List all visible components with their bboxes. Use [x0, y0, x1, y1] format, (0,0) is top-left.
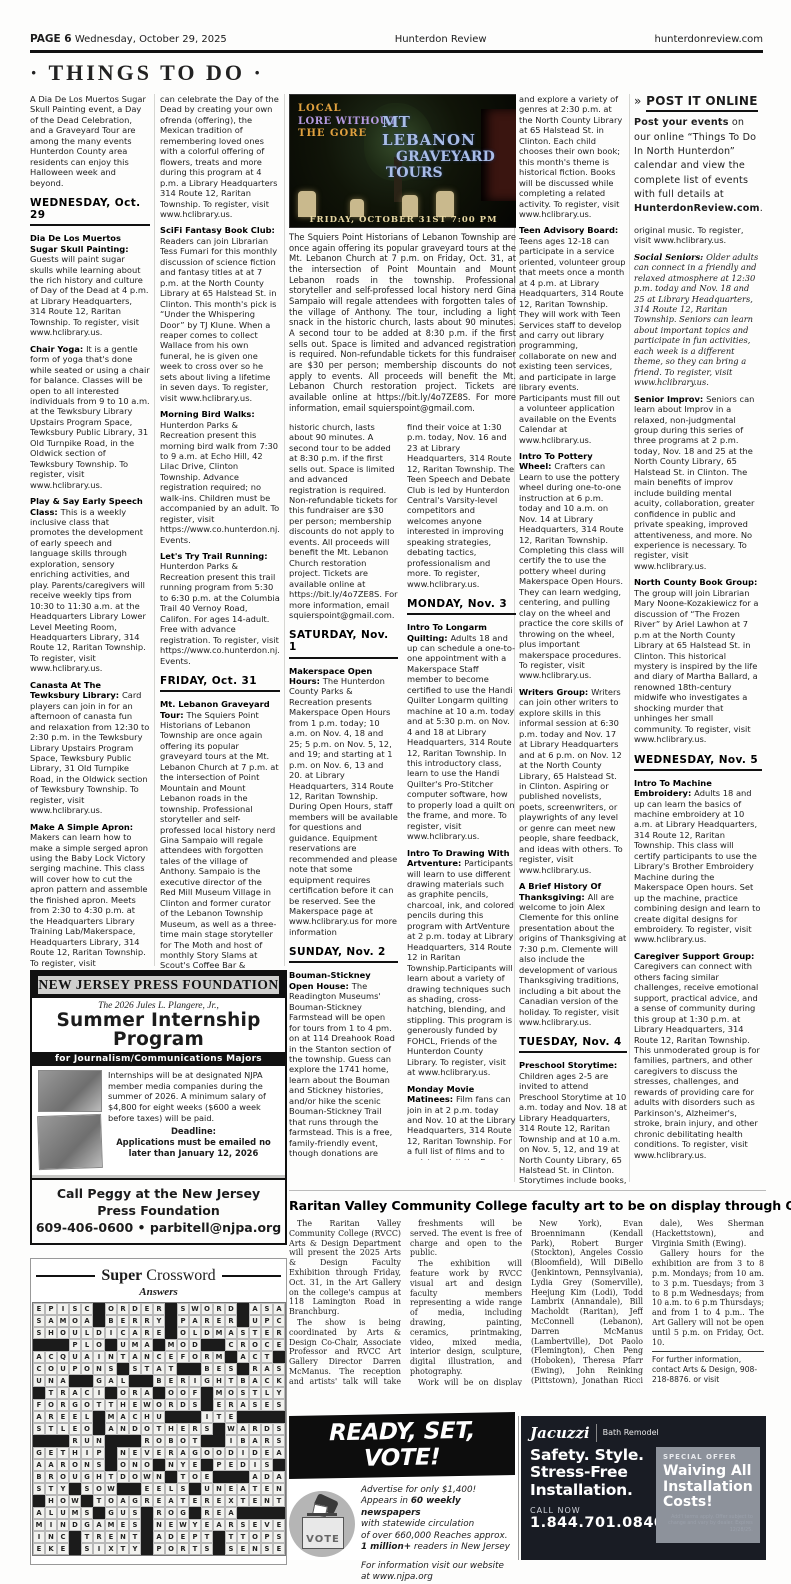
crossword-cell: M	[213, 1351, 225, 1363]
crossword-cell: V	[261, 1519, 273, 1531]
crossword-cell	[33, 1495, 45, 1507]
crossword-cell: E	[57, 1543, 69, 1555]
crossword-cell	[141, 1507, 153, 1519]
day-heading: SATURDAY, Nov. 1	[289, 629, 398, 658]
event-text: Film fans can join in at 2 p.m. today an…	[407, 1094, 516, 1160]
event-item: Intro To Longarm Quilting: Adults 18 and…	[407, 622, 516, 842]
crossword-cell: O	[81, 1399, 93, 1411]
crossword-cell: L	[117, 1375, 129, 1387]
crossword-cell: P	[93, 1447, 105, 1459]
crossword-cell: S	[225, 1543, 237, 1555]
crossword-cell: U	[117, 1507, 129, 1519]
crossword-cell	[189, 1363, 201, 1375]
crossword-cell: A	[153, 1363, 165, 1375]
crossword-cell: A	[141, 1339, 153, 1351]
crossword-cell: E	[177, 1423, 189, 1435]
article-column: freshments will be served. The event is …	[410, 1219, 522, 1386]
njpf-banner: NEW JERSEY PRESS FOUNDATION	[32, 972, 285, 998]
crossword-cell: A	[213, 1519, 225, 1531]
crossword-cell: E	[129, 1399, 141, 1411]
crossword-cell: S	[81, 1507, 93, 1519]
event-text: Hunterdon Parks & Recreation present thi…	[160, 561, 280, 665]
crossword-cell: S	[177, 1483, 189, 1495]
event-title: Dia De Los Muertos Sugar Skull Painting:	[30, 233, 129, 253]
crossword-cell: D	[225, 1303, 237, 1315]
crossword-cell	[189, 1483, 201, 1495]
njpf-photos	[38, 1070, 102, 1169]
crossword-title-bold: Super	[101, 1267, 142, 1284]
crossword-cell: U	[201, 1483, 213, 1495]
crossword-cell: R	[201, 1507, 213, 1519]
crossword-cell: I	[93, 1543, 105, 1555]
crossword-cell: O	[225, 1387, 237, 1399]
article-column: dale), Wes Sherman (Hackettstown), and V…	[652, 1219, 764, 1386]
listing-paragraph: can celebrate the Day of the Dead by cre…	[160, 94, 280, 219]
crossword-cell: P	[177, 1315, 189, 1327]
crossword-cell: R	[261, 1435, 273, 1447]
section-title: · THINGS TO DO ·	[30, 60, 264, 86]
crossword-cell: H	[213, 1375, 225, 1387]
crossword-cell: S	[189, 1399, 201, 1411]
crossword-cell: R	[225, 1519, 237, 1531]
crossword-cell: R	[57, 1387, 69, 1399]
post-it-online-title: POST IT ONLINE	[646, 94, 758, 112]
crossword-cell: S	[261, 1459, 273, 1471]
listing-column-1: A Dia De Los Muertos Sugar Skull Paintin…	[30, 94, 150, 968]
crossword-cell: R	[201, 1315, 213, 1327]
event-text: Adults 18 and up can learn the basics of…	[634, 788, 760, 944]
crossword-cell	[237, 1315, 249, 1327]
crossword-cell: A	[81, 1315, 93, 1327]
crossword-cell: M	[105, 1519, 117, 1531]
crossword-cell: T	[45, 1483, 57, 1495]
article-paragraph: The Raritan Valley Community College (RV…	[289, 1219, 401, 1317]
post-it-site: HunterdonReview.com	[634, 203, 760, 214]
crossword-cell	[69, 1375, 81, 1387]
crossword-cell: T	[129, 1531, 141, 1543]
rvcc-article: Raritan Valley Community College faculty…	[289, 1190, 766, 1386]
poster-title-line: MT	[382, 113, 495, 131]
crossword-cell	[189, 1411, 201, 1423]
crossword-cell	[105, 1435, 117, 1447]
crossword-cell: A	[273, 1447, 285, 1459]
crossword-cell	[261, 1411, 273, 1423]
crossword-cell: C	[45, 1351, 57, 1363]
event-text: The group will join Librarian Mary Noone…	[634, 588, 758, 744]
crossword-cell: E	[33, 1543, 45, 1555]
crossword-cell: S	[33, 1315, 45, 1327]
jacuzzi-offer-box: SPECIAL OFFER Waiving All Installation C…	[656, 1447, 760, 1543]
graveyard-tour-poster: LOCAL LORE WITHOUT THE GORE MT LEBANON G…	[289, 94, 516, 228]
crossword-cell: P	[45, 1303, 57, 1315]
crossword-cell: G	[177, 1507, 189, 1519]
crossword-cell: L	[81, 1339, 93, 1351]
crossword-cell: W	[225, 1423, 237, 1435]
crossword-title-rest: Crossword	[142, 1267, 215, 1284]
paper-name: Hunterdon Review	[395, 34, 487, 45]
listing-paragraph: and explore a variety of genres at 2:30 …	[519, 94, 627, 219]
crossword-cell: U	[57, 1507, 69, 1519]
crossword-cell: P	[153, 1543, 165, 1555]
crossword-cell: R	[141, 1327, 153, 1339]
crossword-cell: N	[57, 1519, 69, 1531]
crossword-cell: E	[273, 1543, 285, 1555]
crossword-grid: EPISCORDERSWORDASASAMOABERRYPARERUPCSHOU…	[32, 1302, 286, 1556]
crossword-cell: A	[69, 1387, 81, 1399]
event-text: Hunterdon Parks & Recreation present thi…	[160, 420, 280, 545]
crossword-cell	[273, 1459, 285, 1471]
tombstone	[436, 191, 454, 217]
crossword-cell	[33, 1435, 45, 1447]
crossword-cell: L	[81, 1327, 93, 1339]
crossword-cell: H	[165, 1423, 177, 1435]
event-item: A Brief History Of Thanksgiving: All are…	[519, 881, 627, 1027]
crossword-cell: O	[201, 1447, 213, 1459]
crossword-cell: D	[117, 1471, 129, 1483]
crossword-cell: M	[213, 1327, 225, 1339]
crossword-cell: A	[153, 1531, 165, 1543]
crossword-cell: C	[273, 1315, 285, 1327]
event-title: SciFi Fantasy Book Club:	[160, 225, 275, 235]
day-heading: WEDNESDAY, Oct. 29	[30, 197, 150, 226]
event-text: Seniors can learn about Improv in a rela…	[634, 394, 754, 571]
crossword-cell: D	[93, 1327, 105, 1339]
crossword-cell	[33, 1387, 45, 1399]
event-title: Caregiver Support Group:	[634, 951, 754, 961]
event-item: Monday Movie Matinees: Film fans can joi…	[407, 1084, 516, 1160]
crossword-cell: M	[33, 1519, 45, 1531]
njpf-org-name: NEW JERSEY PRESS FOUNDATION	[38, 976, 279, 994]
crossword-cell	[93, 1303, 105, 1315]
crossword-cell: S	[273, 1423, 285, 1435]
crossword-cell	[153, 1459, 165, 1471]
crossword-cell	[69, 1543, 81, 1555]
crossword-cell: N	[45, 1375, 57, 1387]
crossword-cell	[213, 1423, 225, 1435]
crossword-cell: S	[261, 1543, 273, 1555]
crossword-cell: E	[189, 1459, 201, 1471]
crossword-cell	[201, 1399, 213, 1411]
event-text: can celebrate the Day of the Dead by cre…	[160, 94, 279, 219]
crossword-cell: Y	[129, 1543, 141, 1555]
event-text: Participants will learn to use different…	[407, 858, 514, 1077]
crossword-cell: D	[249, 1447, 261, 1459]
event-text: All are welcome to join Alex Clemente fo…	[519, 892, 626, 1027]
crossword-cell: I	[81, 1447, 93, 1459]
crossword-cell	[141, 1543, 153, 1555]
event-text: Guests will paint sugar skulls while lea…	[30, 254, 149, 337]
crossword-cell: S	[261, 1303, 273, 1315]
crossword-cell: F	[33, 1399, 45, 1411]
crossword-cell: A	[33, 1507, 45, 1519]
crossword-cell	[225, 1351, 237, 1363]
crossword-cell: R	[93, 1531, 105, 1543]
crossword-cell: L	[261, 1387, 273, 1399]
photo-caption: The Squiers Point Historians of Lebanon …	[289, 232, 516, 413]
vote-ad-line-bold: 1 million+	[361, 1542, 411, 1552]
crossword-cell: A	[33, 1459, 45, 1471]
crossword-cell: G	[93, 1375, 105, 1387]
event-text: Readers can join Librarian Tess Fumari f…	[160, 236, 277, 403]
crossword-cell: N	[117, 1423, 129, 1435]
crossword-cell	[81, 1495, 93, 1507]
crossword-cell: R	[129, 1315, 141, 1327]
crossword-cell: O	[189, 1471, 201, 1483]
crossword-cell	[45, 1339, 57, 1351]
crossword-cell	[165, 1303, 177, 1315]
crossword-cell: R	[141, 1315, 153, 1327]
crossword-cell: D	[261, 1423, 273, 1435]
crossword-cell: E	[69, 1411, 81, 1423]
crossword-cell: C	[81, 1303, 93, 1315]
crossword-cell: O	[165, 1507, 177, 1519]
post-it-lead: Post your events	[634, 117, 729, 128]
crossword-cell: T	[45, 1387, 57, 1399]
crossword-cell: N	[273, 1483, 285, 1495]
crossword-cell: R	[69, 1435, 81, 1447]
jacuzzi-ad: Jacuzzi Bath Remodel Safety. Style. Stre…	[521, 1416, 766, 1560]
crossword-cell	[273, 1351, 285, 1363]
event-title: Senior Improv:	[634, 394, 706, 404]
event-text: and explore a variety of genres at 2:30 …	[519, 94, 622, 219]
crossword-cell: O	[213, 1447, 225, 1459]
left-bottom-stack: NEW JERSEY PRESS FOUNDATION The 2026 Jul…	[30, 970, 287, 1565]
crossword-cell	[213, 1339, 225, 1351]
tombstone	[298, 191, 316, 217]
crossword-cell: E	[273, 1339, 285, 1351]
crossword-cell: E	[249, 1519, 261, 1531]
crossword-cell: E	[213, 1363, 225, 1375]
crossword-cell	[201, 1435, 213, 1447]
listing-column-5: and explore a variety of genres at 2:30 …	[519, 94, 627, 1184]
crossword-cell: P	[69, 1363, 81, 1375]
crossword-cell: I	[225, 1435, 237, 1447]
crossword-cell: E	[45, 1447, 57, 1459]
poster-title-line: LEBANON	[382, 131, 495, 149]
event-title: Teen Advisory Board:	[519, 225, 618, 235]
crossword-cell: T	[249, 1327, 261, 1339]
jacuzzi-logo: Jacuzzi	[530, 1424, 590, 1442]
crossword-cell: G	[81, 1519, 93, 1531]
crossword-cell: R	[273, 1327, 285, 1339]
crossword-cell: S	[33, 1483, 45, 1495]
crossword-cell: O	[177, 1327, 189, 1339]
crossword-cell: O	[117, 1459, 129, 1471]
crossword-cell	[225, 1471, 237, 1483]
crossword-cell: S	[177, 1303, 189, 1315]
njpf-description: Internships will be at designated NJPA m…	[108, 1070, 266, 1123]
jacuzzi-offer-label: SPECIAL OFFER	[663, 1453, 753, 1461]
crossword-cell: P	[69, 1339, 81, 1351]
njpf-internship-ad: NEW JERSEY PRESS FOUNDATION The 2026 Jul…	[30, 970, 287, 1180]
crossword-cell: R	[45, 1411, 57, 1423]
crossword-cell: P	[213, 1459, 225, 1471]
crossword-cell: L	[45, 1507, 57, 1519]
crossword-cell: T	[261, 1351, 273, 1363]
crossword-cell: D	[237, 1459, 249, 1471]
crossword-cell: N	[261, 1495, 273, 1507]
crossword-cell: Y	[153, 1315, 165, 1327]
crossword-cell: O	[117, 1387, 129, 1399]
crossword-cell: C	[153, 1351, 165, 1363]
crossword-cell	[213, 1435, 225, 1447]
njpa-vote-ad: READY, SET, VOTE! VOTE Advertise for onl…	[289, 1416, 519, 1560]
crossword-cell: D	[201, 1327, 213, 1339]
page-number: PAGE 6	[30, 33, 72, 45]
event-text: original music. To register, visit www.h…	[634, 225, 743, 245]
crossword-cell	[249, 1507, 261, 1519]
crossword-cell	[117, 1363, 129, 1375]
crossword-cell	[213, 1471, 225, 1483]
crossword-cell: T	[237, 1495, 249, 1507]
crossword-cell	[237, 1507, 249, 1519]
crossword-cell: N	[165, 1459, 177, 1471]
crossword-cell: S	[237, 1387, 249, 1399]
crossword-cell	[57, 1339, 69, 1351]
crossword-cell	[57, 1435, 69, 1447]
crossword-title: Super Crossword	[101, 1267, 215, 1285]
crossword-cell: E	[261, 1399, 273, 1411]
post-it-text: on our online “Things To Do In North Hun…	[634, 117, 756, 200]
event-text: historic church, lasts about 90 minutes.…	[289, 422, 398, 620]
njpf-program-title: Summer Internship Program	[32, 1012, 285, 1049]
crossword-cell: T	[225, 1375, 237, 1387]
crossword-cell: W	[189, 1303, 201, 1315]
njpf-majors-strip: for Journalism/Communications Majors	[32, 1052, 285, 1066]
crossword-cell: N	[105, 1351, 117, 1363]
crossword-cell: R	[213, 1303, 225, 1315]
crossword-cell: U	[69, 1471, 81, 1483]
crossword-cell: E	[237, 1543, 249, 1555]
vote-box: VOTE	[302, 1517, 344, 1549]
crossword-cell: G	[189, 1447, 201, 1459]
event-item: Preschool Storytime: Children ages 2-5 a…	[519, 1060, 627, 1184]
crossword-cell: A	[117, 1495, 129, 1507]
crossword-cell: U	[57, 1363, 69, 1375]
crossword-cell	[213, 1543, 225, 1555]
crossword-cell: E	[225, 1411, 237, 1423]
crossword-cell: Y	[57, 1483, 69, 1495]
crossword-cell: E	[141, 1303, 153, 1315]
crossword-cell	[141, 1375, 153, 1387]
crossword-cell: S	[81, 1543, 93, 1555]
crossword-cell: E	[201, 1471, 213, 1483]
crossword-cell: L	[165, 1483, 177, 1495]
crossword-cell: L	[189, 1327, 201, 1339]
crossword-cell: D	[225, 1447, 237, 1459]
crossword-cell: T	[189, 1543, 201, 1555]
crossword-cell: A	[249, 1375, 261, 1387]
crossword-cell: A	[45, 1459, 57, 1471]
page-date-line: PAGE 6 Wednesday, October 29, 2025	[30, 33, 227, 45]
crossword-cell: A	[249, 1303, 261, 1315]
crossword-cell: E	[153, 1483, 165, 1495]
event-text: find their voice at 1:30 p.m. today, Nov…	[407, 422, 514, 589]
crossword-cell: S	[93, 1459, 105, 1471]
crossword-cell: N	[93, 1435, 105, 1447]
crossword-cell: O	[249, 1531, 261, 1543]
crossword-cell	[141, 1519, 153, 1531]
crossword-cell: S	[225, 1363, 237, 1375]
crossword-cell: I	[93, 1351, 105, 1363]
crossword-cell: I	[237, 1447, 249, 1459]
crossword-cell: Y	[189, 1519, 201, 1531]
jacuzzi-brand-sub: Bath Remodel	[603, 1428, 659, 1437]
event-text: Caregivers can connect with others facin…	[634, 961, 760, 1159]
crossword-cell: T	[201, 1531, 213, 1543]
article-paragraph: New York), Evan Broennimann (Kendall Par…	[531, 1219, 643, 1386]
crossword-cell: C	[129, 1411, 141, 1423]
crossword-cell: E	[153, 1327, 165, 1339]
article-headline: Raritan Valley Community College faculty…	[289, 1190, 766, 1213]
crossword-cell: O	[105, 1495, 117, 1507]
crossword-cell	[273, 1507, 285, 1519]
crossword-cell: A	[237, 1399, 249, 1411]
crossword-cell: U	[69, 1351, 81, 1363]
crossword-cell	[237, 1471, 249, 1483]
crossword-cell: D	[261, 1471, 273, 1483]
crossword-cell: O	[81, 1363, 93, 1375]
crossword-cell: G	[81, 1471, 93, 1483]
crossword-cell: E	[33, 1303, 45, 1315]
crossword-cell: E	[225, 1483, 237, 1495]
crossword-cell: A	[249, 1471, 261, 1483]
crossword-cell: I	[93, 1387, 105, 1399]
crossword-cell: E	[153, 1495, 165, 1507]
vote-ad-line: Appears in	[361, 1496, 411, 1506]
post-it-period: .	[760, 203, 762, 214]
vote-ad-copy: Advertise for only $1,400! Appears in 60…	[361, 1485, 515, 1584]
crossword-cell: E	[213, 1399, 225, 1411]
crossword-cell: S	[237, 1327, 249, 1339]
vote-ad-line: readers in New Jersey	[411, 1542, 510, 1552]
crossword-cell	[105, 1339, 117, 1351]
vote-ad-banner: READY, SET, VOTE!	[289, 1412, 515, 1479]
crossword-cell: A	[249, 1435, 261, 1447]
crossword-cell	[93, 1315, 105, 1327]
crossword-cell: S	[273, 1531, 285, 1543]
poster-title-line: GRAVEYARD	[396, 149, 495, 165]
crossword-cell: E	[213, 1315, 225, 1327]
crossword-cell: E	[141, 1483, 153, 1495]
crossword-cell: U	[249, 1315, 261, 1327]
crossword-cell: M	[105, 1411, 117, 1423]
crossword-cell: R	[237, 1339, 249, 1351]
crossword-cell: S	[273, 1363, 285, 1375]
event-title: Morning Bird Walks:	[160, 409, 255, 419]
crossword-cell: E	[69, 1423, 81, 1435]
crossword-cell	[33, 1339, 45, 1351]
crossword-cell	[165, 1471, 177, 1483]
crossword-cell: N	[45, 1531, 57, 1543]
crossword-cell	[201, 1387, 213, 1399]
crossword-cell: T	[105, 1471, 117, 1483]
chevrons-icon: »	[634, 94, 642, 108]
crossword-cell: G	[105, 1507, 117, 1519]
crossword-cell: T	[189, 1435, 201, 1447]
event-item: Teen Advisory Board: Teens ages 12-18 ca…	[519, 225, 627, 445]
crossword-cell: R	[129, 1387, 141, 1399]
crossword-cell: O	[129, 1471, 141, 1483]
crossword-cell: R	[225, 1315, 237, 1327]
event-item: Writers Group: Writers can join other wr…	[519, 687, 627, 875]
crossword-cell	[105, 1447, 117, 1459]
article-paragraph: Work will be on display by faculty membe…	[410, 1378, 522, 1386]
middle-feature-block: LOCAL LORE WITHOUT THE GORE MT LEBANON G…	[289, 94, 516, 1185]
crossword-cell	[177, 1363, 189, 1375]
page-header: PAGE 6 Wednesday, October 29, 2025 Hunte…	[30, 33, 763, 45]
crossword-cell: I	[33, 1531, 45, 1543]
